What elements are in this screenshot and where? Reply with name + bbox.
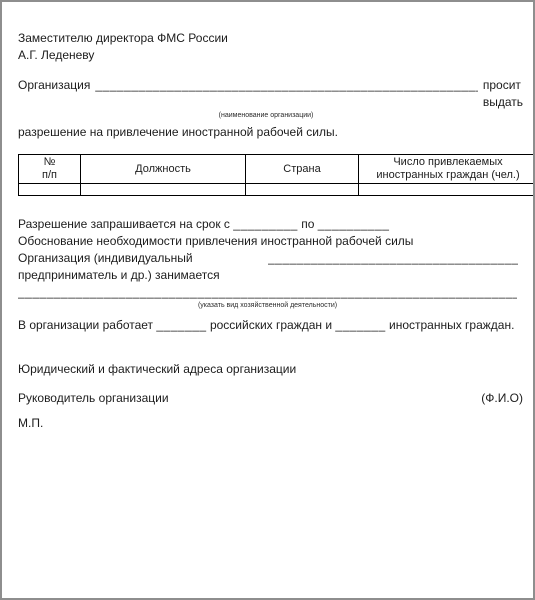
activity-blank: ________________________________________… bbox=[268, 250, 518, 267]
table-empty-row bbox=[19, 184, 535, 196]
activity-caption: (указать вид хозяйственной деятельности) bbox=[18, 301, 517, 311]
cell-country bbox=[246, 184, 359, 196]
table-header-row: № п/п Должность Страна Число привлекаемы… bbox=[19, 155, 535, 184]
stamp-place-label: М.П. bbox=[18, 415, 523, 432]
header-count: Число привлекаемых иностранных граждан (… bbox=[359, 155, 535, 184]
justification-line: Обоснование необходимости привлечения ин… bbox=[18, 233, 523, 250]
term-label: Разрешение запрашивается на срок с bbox=[18, 217, 230, 231]
workers-label-3: иностранных граждан. bbox=[389, 318, 514, 332]
workers-label-1: В организации работает bbox=[18, 318, 153, 332]
addressee-line-1: Заместителю директора ФМС России bbox=[18, 30, 523, 47]
activity-line: Организация (индивидуальный предпринимат… bbox=[18, 250, 523, 284]
workers-foreign-blank: _______ bbox=[335, 318, 385, 332]
organization-suffix: просит выдать bbox=[483, 77, 523, 111]
workers-label-2: российских граждан и bbox=[210, 318, 332, 332]
header-country: Страна bbox=[246, 155, 359, 184]
request-line: разрешение на привлечение иностранной ра… bbox=[18, 124, 523, 141]
cell-count bbox=[359, 184, 535, 196]
head-label: Руководитель организации bbox=[18, 391, 169, 405]
organization-name-caption: (наименование организации) bbox=[95, 111, 437, 121]
organization-line: Организация ____________________________… bbox=[18, 77, 523, 111]
cell-position bbox=[81, 184, 246, 196]
cell-number bbox=[19, 184, 81, 196]
header-number: № п/п bbox=[19, 155, 81, 184]
workers-line: В организации работает _______ российски… bbox=[18, 317, 523, 334]
application-form-page: Заместителю директора ФМС России А.Г. Ле… bbox=[0, 0, 535, 600]
term-line: Разрешение запрашивается на срок с _____… bbox=[18, 216, 523, 233]
activity-label: Организация (индивидуальный предпринимат… bbox=[18, 250, 263, 284]
activity-continuation-blank: ________________________________________… bbox=[18, 284, 517, 301]
header-position: Должность bbox=[81, 155, 246, 184]
term-mid-label: по bbox=[301, 217, 314, 231]
organization-name-blank: ________________________________________… bbox=[95, 77, 477, 94]
foreign-workers-table: № п/п Должность Страна Число привлекаемы… bbox=[18, 154, 535, 196]
organization-label: Организация bbox=[18, 77, 90, 94]
head-of-organization-line: Руководитель организации (Ф.И.О) bbox=[18, 391, 523, 405]
workers-russian-blank: _______ bbox=[156, 318, 206, 332]
address-line: Юридический и фактический адреса организ… bbox=[18, 361, 523, 378]
addressee-line-2: А.Г. Леденеву bbox=[18, 47, 523, 64]
term-date-from-blank: _________ bbox=[233, 217, 298, 231]
fio-label: (Ф.И.О) bbox=[481, 391, 523, 405]
term-date-to-blank: __________ bbox=[318, 217, 390, 231]
